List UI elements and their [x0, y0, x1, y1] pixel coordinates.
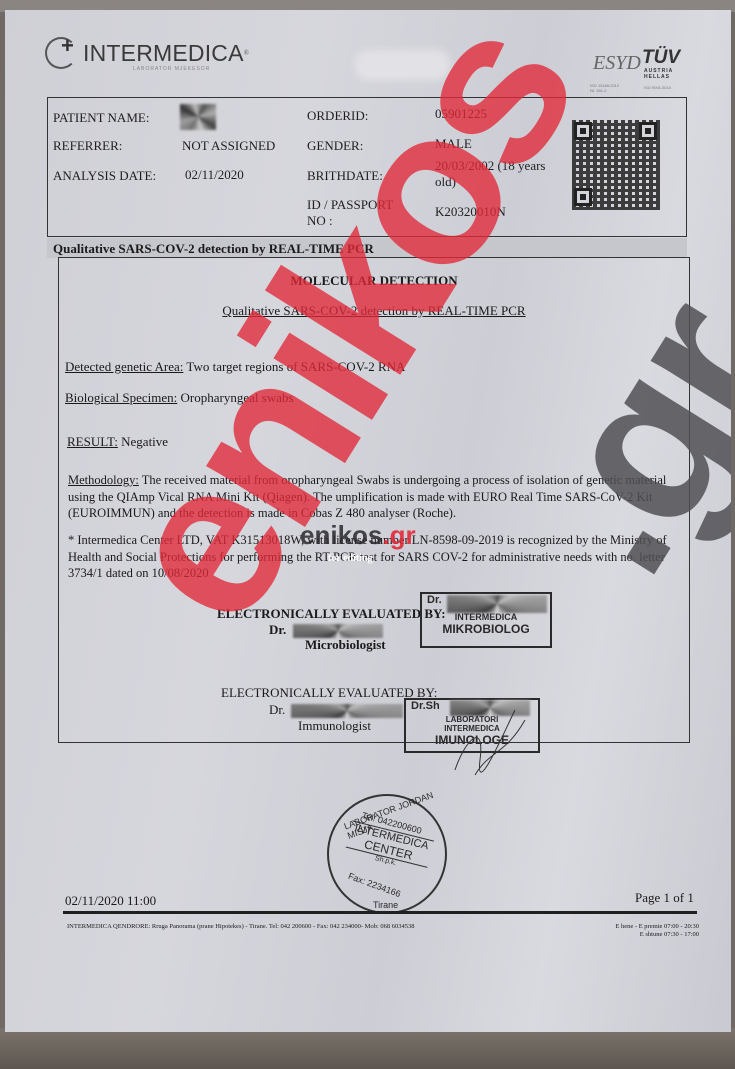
laboratory-round-stamp: LABORATOR JORDAN MISJA Tel: 042200600 IN… — [327, 794, 447, 914]
print-datetime: 02/11/2020 11:00 — [65, 893, 156, 909]
footer-opening-hours: E hene - E premte 07:00 - 20:30 E shtune… — [593, 923, 699, 939]
footer-address: INTERMEDICA QENDRORE: Rruga Panorama (pr… — [67, 923, 415, 930]
intermedica-cross-icon — [45, 37, 77, 69]
page-number: Page 1 of 1 — [635, 890, 694, 906]
referrer-value: NOT ASSIGNED — [182, 138, 275, 154]
tuv-cert-logo: TÜV — [642, 47, 680, 69]
stamp-1-name-redacted — [447, 595, 547, 613]
brand-subtitle: LABORATOR MJEKESOR — [133, 66, 210, 72]
registered-mark: ® — [244, 49, 249, 57]
watermark-small-red: .gr — [382, 520, 415, 550]
evaluator-1-name-redacted — [293, 624, 383, 638]
evaluator-1-role: Microbiologist — [305, 637, 386, 653]
qr-finder-icon — [639, 122, 657, 140]
footer-divider — [63, 911, 697, 914]
lab-report-document: INTERMEDICA ® LABORATOR MJEKESOR ESYD IS… — [5, 10, 731, 1032]
intermedica-logo: INTERMEDICA ® — [45, 37, 249, 69]
background-table-surface — [0, 1028, 735, 1069]
result-label: RESULT: — [67, 434, 118, 449]
brand-name: INTERMEDICA — [83, 40, 244, 67]
hours-weekdays: E hene - E premte 07:00 - 20:30 — [593, 923, 699, 931]
analysis-date-label: ANALYSIS DATE: — [53, 168, 156, 184]
esyd-cert-logo: ESYD — [593, 52, 641, 75]
watermark-small-logo: enikos.gr — [300, 520, 416, 551]
stamp-1-line1: INTERMEDICA — [422, 612, 550, 622]
qr-finder-icon — [574, 188, 592, 206]
analysis-date-value: 02/11/2020 — [185, 167, 244, 183]
watermark-tag: for editing — [328, 553, 373, 564]
round-stamp-city: Tirane — [373, 900, 398, 910]
hours-saturday: E shtune 07:30 - 17:00 — [593, 931, 699, 939]
patient-name-redacted — [180, 104, 216, 130]
tuv-cert-subtitle: AUSTRIA HELLAS — [644, 68, 684, 80]
watermark-small-dark: enikos — [300, 520, 382, 550]
stamp-1-line2: MIKROBIOLOG — [422, 622, 550, 636]
patient-name-label: PATIENT NAME: — [53, 110, 149, 126]
esyd-cert-number: ISO 15189:2012 Nr. 351-2 — [590, 83, 620, 93]
referrer-label: REFERRER: — [53, 138, 122, 154]
evaluator-2-role: Immunologist — [298, 718, 371, 734]
signature-scribble-icon — [445, 700, 535, 780]
evaluator-2-name-redacted — [291, 704, 403, 718]
round-stamp-fax: Fax: 2234166 — [347, 871, 402, 899]
evaluator-2-prefix: Dr. — [269, 702, 285, 718]
tuv-iso-number: ISO 9001:2015 — [644, 85, 671, 90]
